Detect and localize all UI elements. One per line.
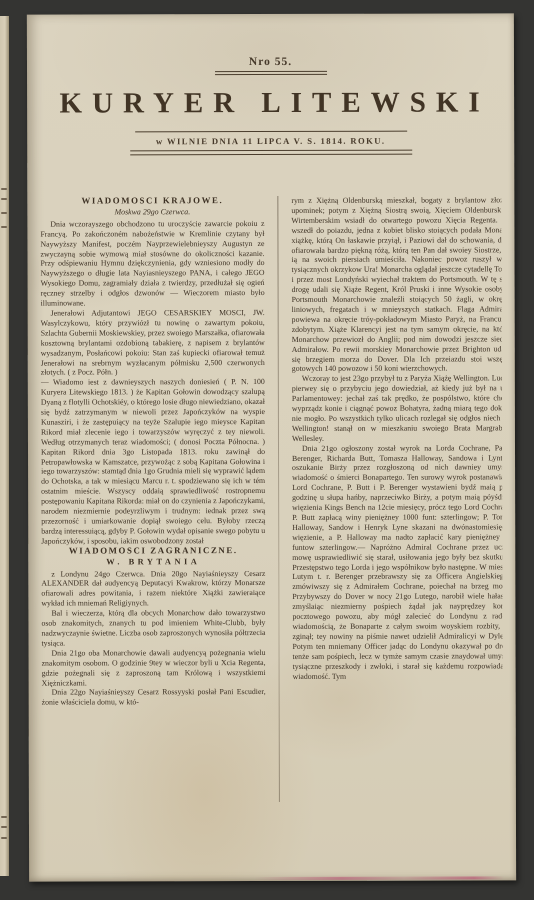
section-dateline-moscow: Moskwa 29go Czerwca. bbox=[40, 207, 264, 217]
article-paragraph: Wczoray to jest 23go przybył tu z Paryża… bbox=[292, 374, 503, 444]
article-paragraph: — Wiadomo iest z dawnieyszych naszych do… bbox=[41, 377, 265, 546]
article-paragraph: Dnia wczorayszego obchodzono tu uroczyśc… bbox=[40, 219, 264, 309]
edge-text-fragment bbox=[1, 226, 7, 228]
column-right: rym z Xiężną Oldenburską mieszkał, bogat… bbox=[291, 195, 503, 802]
edge-text-fragment bbox=[1, 816, 7, 818]
bottom-edge-pink-mark bbox=[254, 876, 504, 880]
column-divider-rule bbox=[277, 196, 280, 802]
issue-number: Nro 55. bbox=[27, 55, 514, 68]
masthead-rule-top bbox=[135, 131, 407, 133]
edge-text-fragment bbox=[1, 826, 7, 828]
edge-text-fragment bbox=[1, 837, 7, 839]
masthead: Nro 55. KURYER LITEWSKI w WILNIE DNIA 11… bbox=[27, 13, 514, 155]
edge-text-fragment bbox=[1, 198, 7, 200]
masthead-dateline: w WILNIE DNIA 11 LIPCA V. S. 1814. ROKU. bbox=[27, 136, 514, 147]
section-header-domestic: WIADOMOSCI KRAJOWE. bbox=[40, 196, 264, 206]
article-paragraph: Bal i wieczerza, którą dla obcych Monarc… bbox=[41, 608, 265, 648]
masthead-rule-bottom bbox=[130, 150, 412, 155]
section-header-foreign: WIADOMOSCI ZAGRANICZNE. bbox=[41, 546, 265, 556]
article-paragraph: Dnia 21go ogłoszony został wyrok na Lord… bbox=[292, 443, 503, 681]
masthead-title: KURYER LITEWSKI bbox=[27, 87, 514, 121]
issue-underline-rule bbox=[215, 71, 327, 76]
article-paragraph: z Londynu 24go Czerwca. Dnia 20go Nayiaś… bbox=[41, 569, 265, 609]
article-paragraph: Dnia 21go oba Monarchowie dawali audyenc… bbox=[42, 648, 266, 688]
newspaper-page: Nro 55. KURYER LITEWSKI w WILNIE DNIA 11… bbox=[27, 13, 516, 881]
article-paragraph: Dnia 22go Nayiaśnieyszy Cesarz Rossyyski… bbox=[42, 687, 266, 707]
adjacent-page-edge bbox=[0, 16, 9, 876]
article-paragraph: rym z Xiężną Oldenburską mieszkał, bogat… bbox=[291, 195, 503, 374]
article-columns: WIADOMOSCI KRAJOWE. Moskwa 29go Czerwca.… bbox=[40, 195, 503, 802]
article-paragraph: Jenerałowi Adjutantowi JEGO CESARSKIEY M… bbox=[41, 308, 265, 378]
column-left: WIADOMOSCI KRAJOWE. Moskwa 29go Czerwca.… bbox=[40, 196, 266, 803]
edge-text-fragment bbox=[1, 212, 7, 214]
section-subheader-britain: W. BRYTANIA bbox=[41, 557, 265, 567]
edge-text-fragment bbox=[1, 188, 7, 190]
